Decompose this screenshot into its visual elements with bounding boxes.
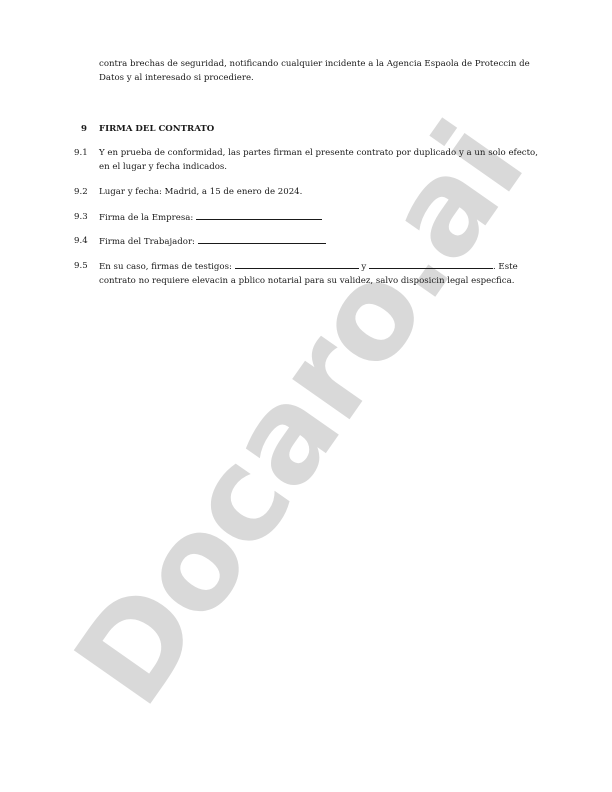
company-signature-line: Firma de la Empresa: — [99, 210, 549, 225]
witness-label: En su caso, firmas de testigos: — [99, 262, 232, 272]
clause-number: 9.5 — [74, 259, 88, 273]
signature-label: Firma de la Empresa: — [99, 213, 193, 223]
clause-text: Y en prueba de conformidad, las partes f… — [99, 146, 549, 174]
clause-number: 9.3 — [74, 210, 88, 224]
signature-label: Firma del Trabajador: — [99, 237, 195, 247]
witness-1-signature-blank[interactable] — [235, 259, 359, 269]
company-signature-blank[interactable] — [196, 210, 322, 220]
clause-text: Lugar y fecha: Madrid, a 15 de enero de … — [99, 185, 549, 199]
worker-signature-blank[interactable] — [198, 234, 326, 244]
continuation-paragraph: contra brechas de seguridad, notificando… — [99, 57, 549, 85]
section-number: 9 — [81, 122, 87, 136]
section-title: FIRMA DEL CONTRATO — [99, 122, 214, 136]
document-page: Docaro.ai contra brechas de seguridad, n… — [0, 0, 612, 792]
clause-number: 9.2 — [74, 185, 88, 199]
clause-number: 9.4 — [74, 234, 88, 248]
witness-connector: y — [361, 262, 366, 272]
worker-signature-line: Firma del Trabajador: — [99, 234, 549, 249]
witness-2-signature-blank[interactable] — [369, 259, 493, 269]
witness-signature-clause: En su caso, firmas de testigos: y . Este… — [99, 259, 549, 288]
clause-number: 9.1 — [74, 146, 88, 160]
